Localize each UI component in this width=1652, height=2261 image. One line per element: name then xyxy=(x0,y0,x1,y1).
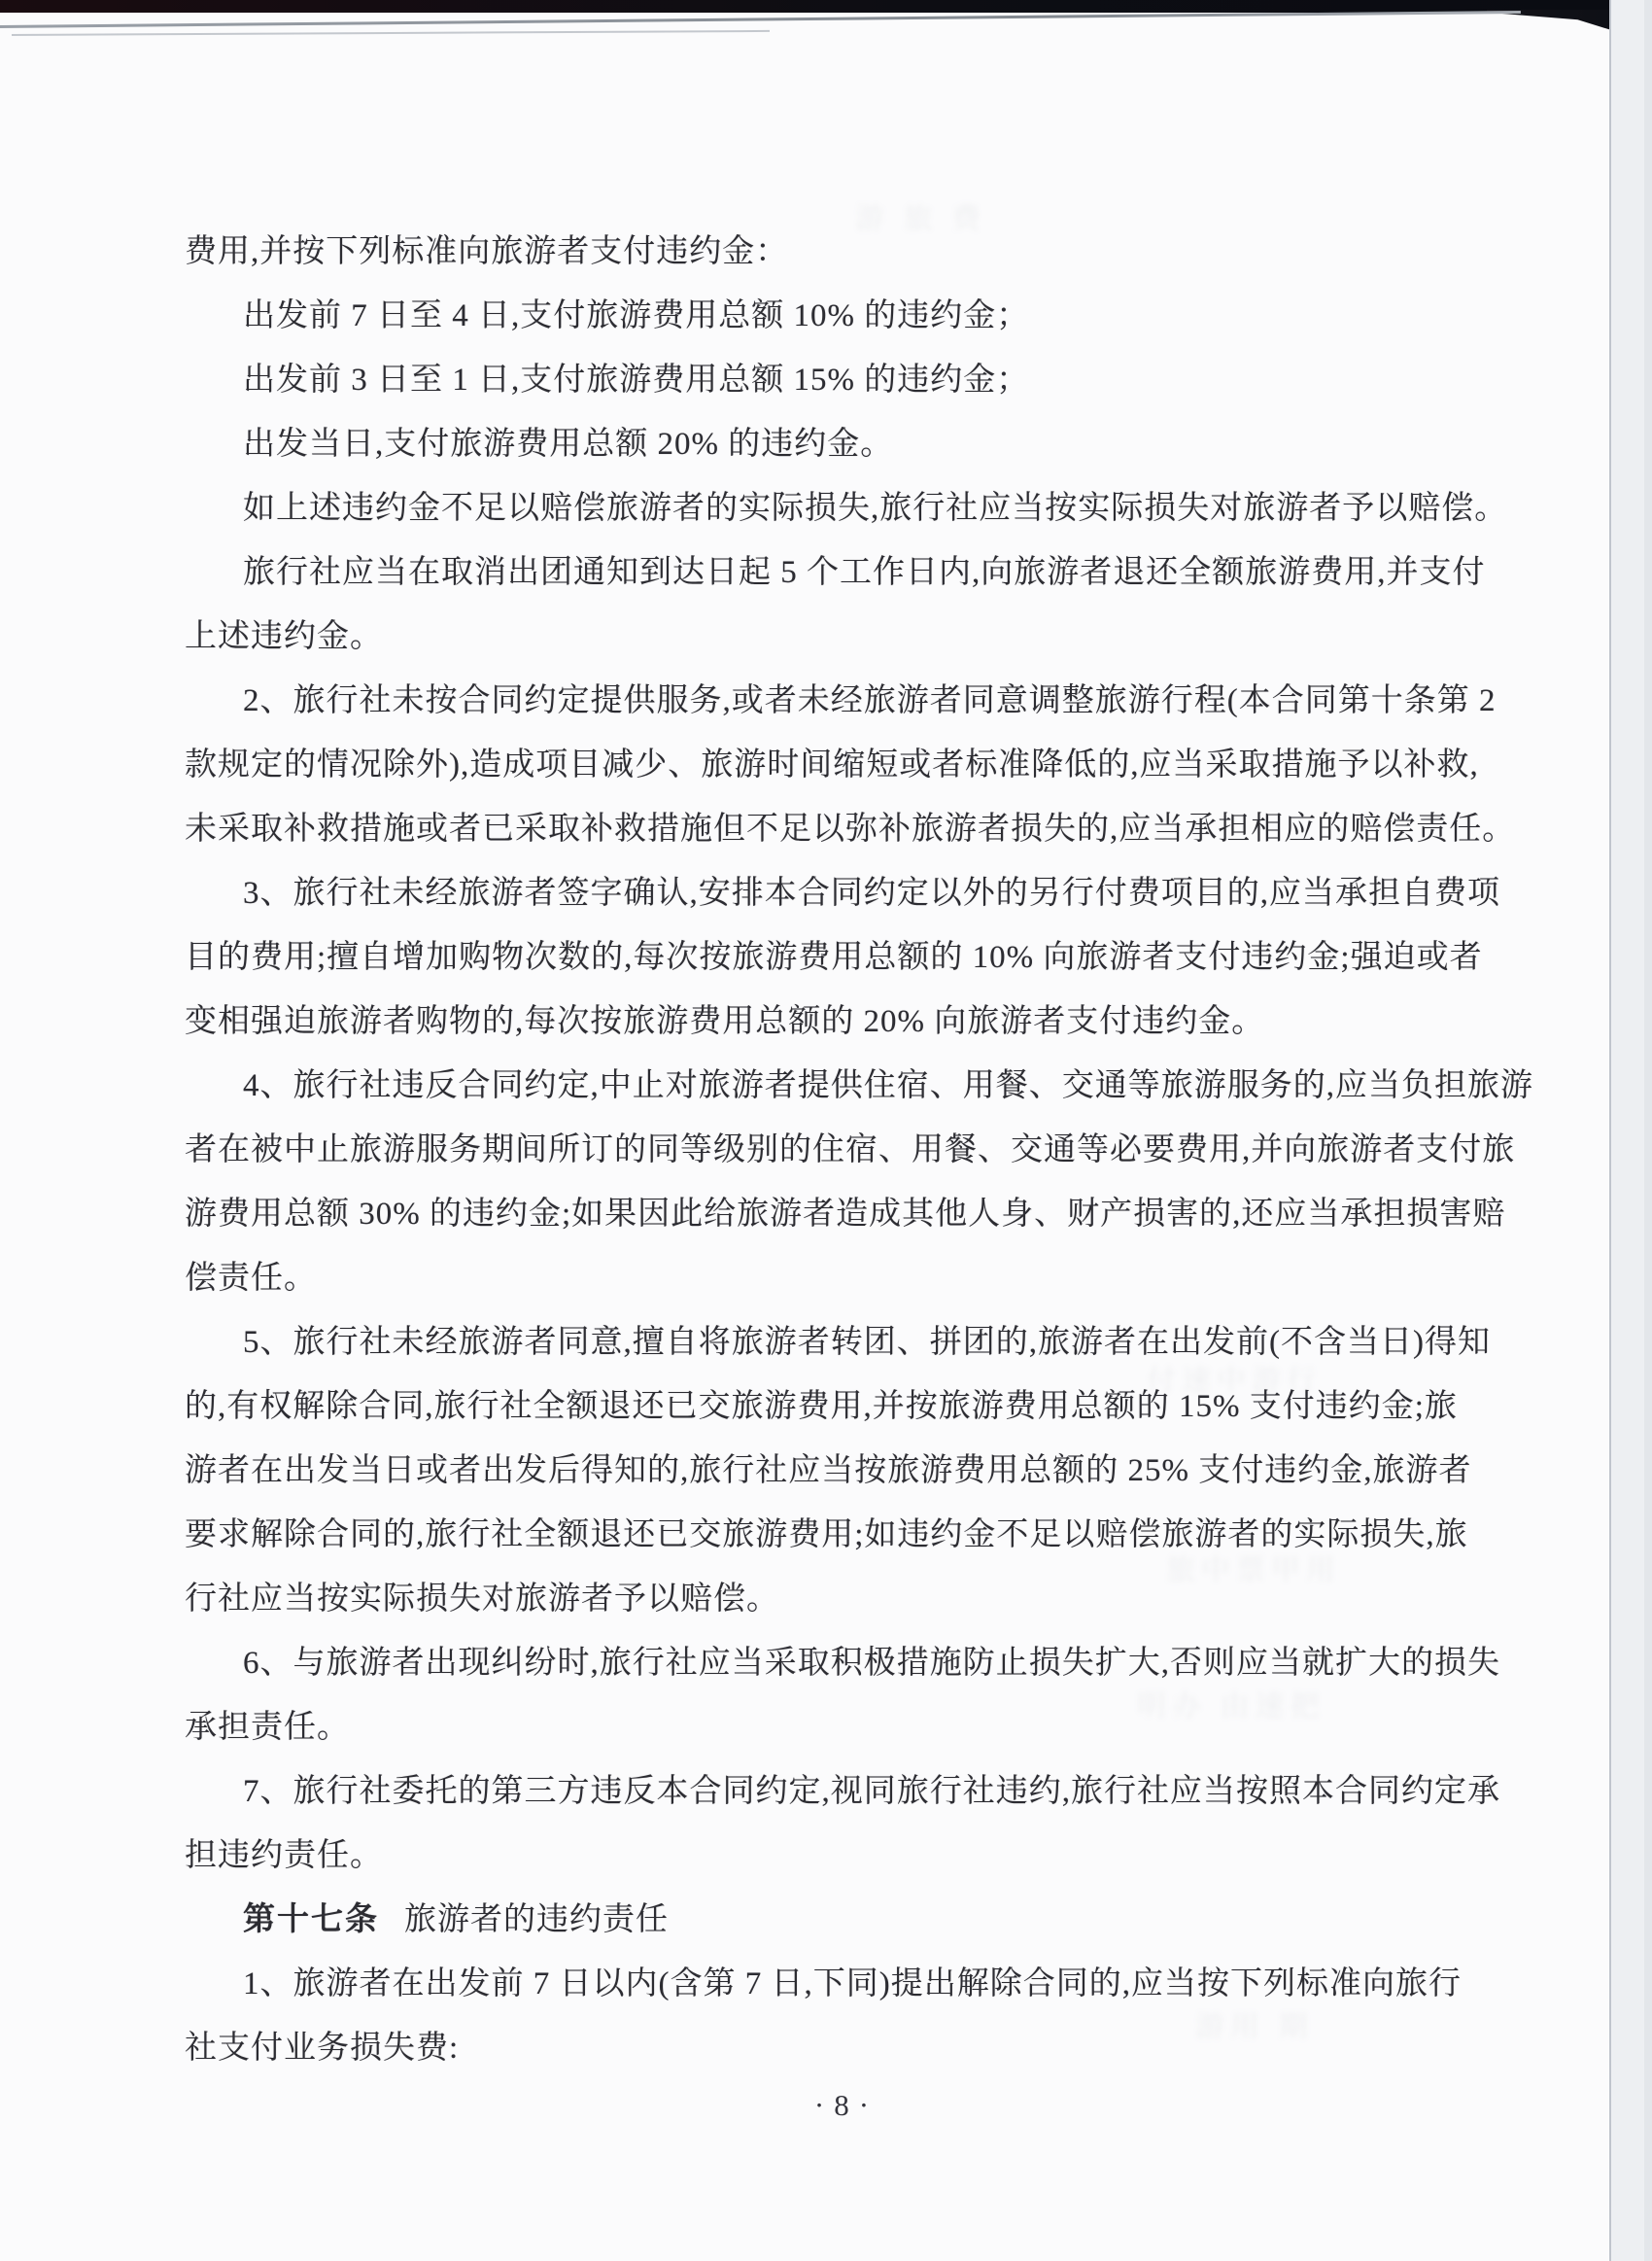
page-edge-strip xyxy=(1644,0,1652,2261)
text-line: 社支付业务损失费: xyxy=(185,2012,1508,2076)
scan-artifact-line xyxy=(0,11,1521,28)
text-line: 担违约责任。 xyxy=(185,1820,1508,1884)
contract-text-block: 费用,并按下列标准向旅游者支付违约金： 出发前 7 日至 4 日,支付旅游费用总… xyxy=(185,216,1508,2076)
text-line: 游费用总额 30% 的违约金;如果因此给旅游者造成其他人身、财产损害的,还应当承… xyxy=(185,1178,1508,1242)
text-line: 行社应当按实际损失对旅游者予以赔偿。 xyxy=(185,1563,1508,1627)
text-line: 目的费用;擅自增加购物次数的,每次按旅游费用总额的 10% 向旅游者支付违约金;… xyxy=(185,922,1508,986)
text-line: 游者在出发当日或者出发后得知的,旅行社应当按旅游费用总额的 25% 支付违约金,… xyxy=(185,1435,1508,1499)
scan-top-band xyxy=(0,0,1652,13)
text-line: 要求解除合同的,旅行社全额退还已交旅游费用;如违约金不足以赔偿旅游者的实际损失,… xyxy=(185,1499,1508,1563)
text-line: 变相强迫旅游者购物的,每次按旅游费用总额的 20% 向旅游者支付违约金。 xyxy=(185,986,1508,1050)
text-line: 3、旅行社未经旅游者签字确认,安排本合同约定以外的另行付费项目的,应当承担自费项 xyxy=(185,857,1508,922)
text-line: 未采取补救措施或者已采取补救措施但不足以弥补旅游者损失的,应当承担相应的赔偿责任… xyxy=(185,793,1508,857)
text-line: 4、旅行社违反合同约定,中止对旅游者提供住宿、用餐、交通等旅游服务的,应当负担旅… xyxy=(185,1050,1508,1114)
text-line: 出发前 3 日至 1 日,支付旅游费用总额 15% 的违约金； xyxy=(185,344,1508,408)
text-line: 承担责任。 xyxy=(185,1691,1508,1756)
text-line: 上述违约金。 xyxy=(185,601,1508,665)
text-line: 款规定的情况除外),造成项目减少、旅游时间缩短或者标准降低的,应当采取措施予以补… xyxy=(185,729,1508,793)
text-line: 如上述违约金不足以赔偿旅游者的实际损失,旅行社应当按实际损失对旅游者予以赔偿。 xyxy=(185,472,1508,537)
text-line: 2、旅行社未按合同约定提供服务,或者未经旅游者同意调整旅游行程(本合同第十条第 … xyxy=(185,665,1508,729)
text-line: 5、旅行社未经旅游者同意,擅自将旅游者转团、拼团的,旅游者在出发前(不含当日)得… xyxy=(185,1306,1508,1371)
article-title: 旅游者的违约责任 xyxy=(404,1894,669,1939)
text-line: 者在被中止旅游服务期间所订的同等级别的住宿、用餐、交通等必要费用,并向旅游者支付… xyxy=(185,1114,1508,1178)
text-line: 1、旅游者在出发前 7 日以内(含第 7 日,下同)提出解除合同的,应当按下列标… xyxy=(185,1948,1508,2012)
text-line: 旅行社应当在取消出团通知到达日起 5 个工作日内,向旅游者退还全额旅游费用,并支… xyxy=(185,537,1508,601)
text-line: 出发当日,支付旅游费用总额 20% 的违约金。 xyxy=(185,408,1508,472)
scan-artifact-line xyxy=(12,30,770,36)
text-line: 费用,并按下列标准向旅游者支付违约金： xyxy=(185,216,1508,280)
page-number: ·8· xyxy=(185,2076,1508,2135)
article-heading: 第十七条 旅游者的违约责任 xyxy=(185,1884,1508,1948)
text-line: 的,有权解除合同,旅行社全额退还已交旅游费用,并按旅游费用总额的 15% 支付违… xyxy=(185,1371,1508,1435)
article-number: 第十七条 xyxy=(243,1894,379,1939)
text-line: 6、与旅游者出现纠纷时,旅行社应当采取积极措施防止损失扩大,否则应当就扩大的损失 xyxy=(185,1627,1508,1691)
text-line: 出发前 7 日至 4 日,支付旅游费用总额 10% 的违约金； xyxy=(185,280,1508,344)
text-line: 7、旅行社委托的第三方违反本合同约定,视同旅行社违约,旅行社应当按照本合同约定承 xyxy=(185,1756,1508,1820)
scanned-contract-page: { "doc": { "page_number": "·8·", "headin… xyxy=(0,0,1652,2261)
text-line: 偿责任。 xyxy=(185,1242,1508,1306)
